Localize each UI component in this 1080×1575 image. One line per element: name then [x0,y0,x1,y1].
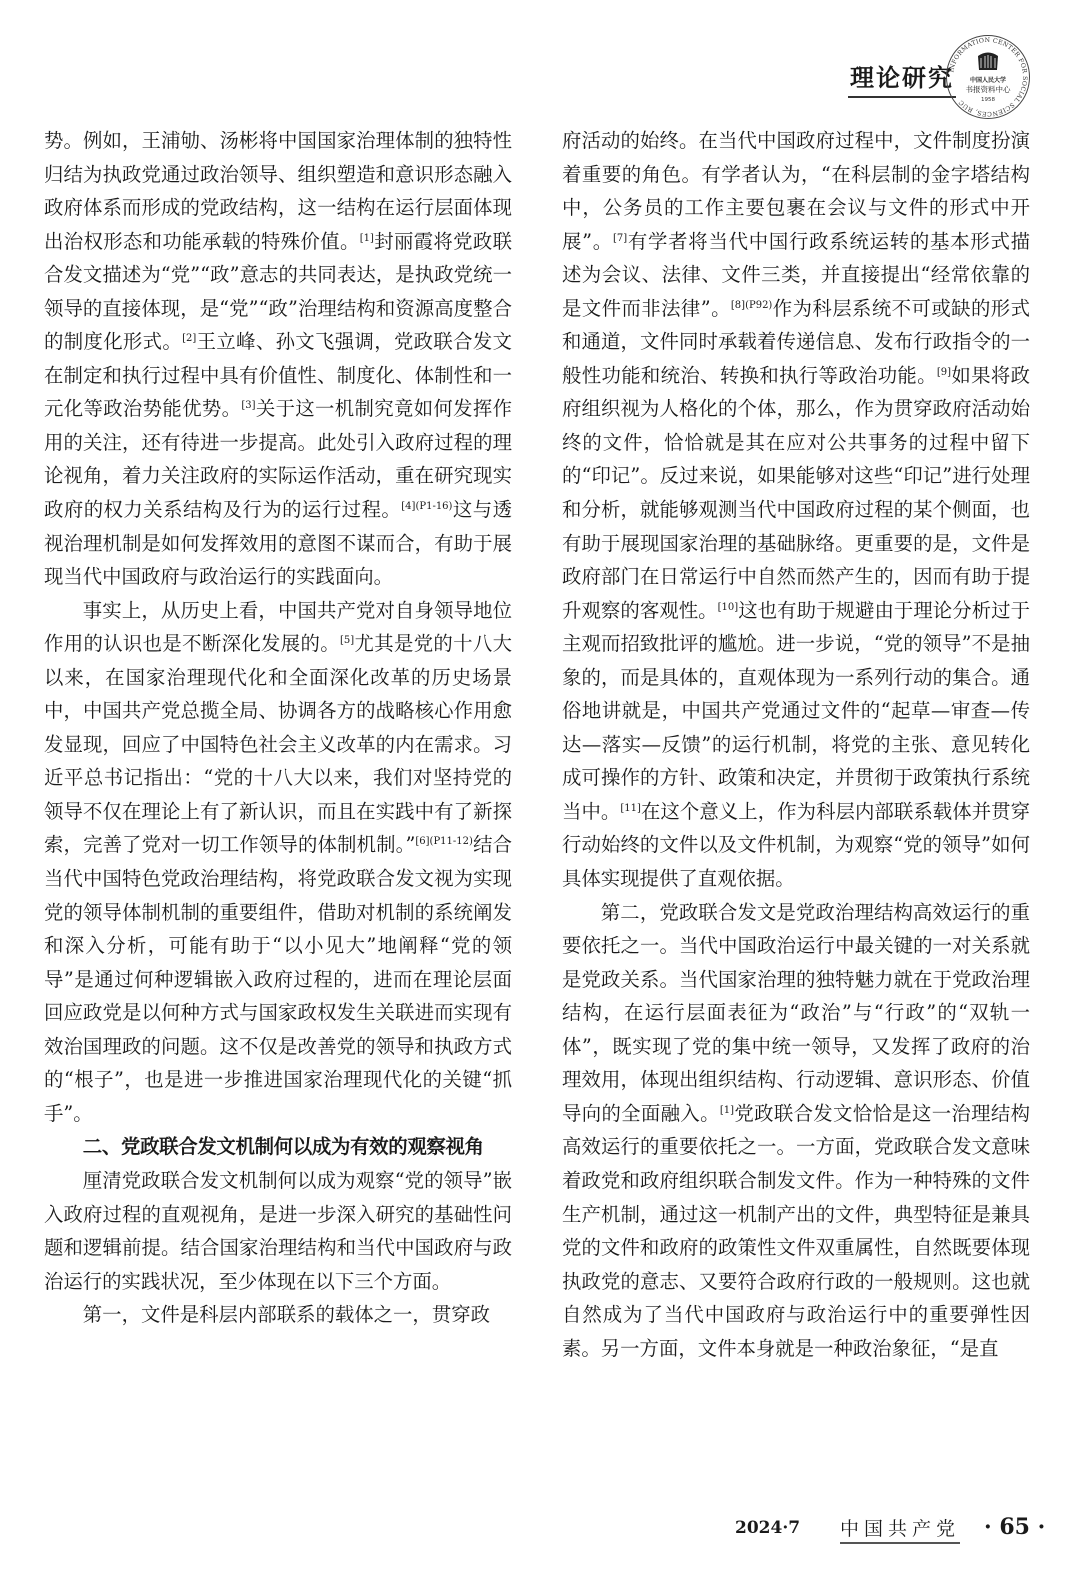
paragraph-text: 尤其是党的十八大以来，在国家治理现代化和全面深化改革的历史场景中，中国共产党总揽… [44,632,512,856]
citation-ref: [5] [340,635,354,646]
paragraph: 厘清党政联合发文机制何以成为观察“党的领导”嵌入政府过程的直观视角，是进一步深入… [44,1164,512,1298]
paragraph-text: 第二，党政联合发文是党政治理结构高效运行的重要依托之一。当代中国政治运行中最关键… [562,901,1030,1125]
seal-name-line1: 中国人民大学 [970,76,1006,84]
citation-ref: [11] [620,803,641,814]
paragraph-text: 如果将政府组织视为人格化的个体，那么，作为贯穿政府活动始终的文件，恰恰就是其在应… [562,364,1030,622]
journal-name: 中国共产党 [840,1514,960,1544]
seal-year: 1958 [981,97,995,103]
paragraph-text: 这也有助于规避由于理论分析过于主观而招致批评的尴尬。进一步说，“党的领导”不是抽… [562,599,1030,823]
paragraph: 府活动的始终。在当代中国政府过程中，文件制度扮演着重要的角色。有学者认为，“在科… [562,124,1030,896]
seal-name-line2: 书报资料中心 [966,84,1011,94]
paragraph: 第二，党政联合发文是党政治理结构高效运行的重要依托之一。当代中国政治运行中最关键… [562,896,1030,1366]
paragraph: 势。例如，王浦劬、汤彬将中国国家治理体制的独特性归结为执政党通过政治领导、组织塑… [44,124,512,594]
citation-ref: [1] [360,233,374,244]
page-number: · 65 · [984,1514,1045,1540]
citation-ref: [9] [937,367,951,378]
citation-ref: [3] [241,400,255,411]
citation-ref: [7] [613,233,627,244]
page-footer: 2024·7 中国共产党 · 65 · [0,1512,1080,1552]
section-heading: 二、党政联合发文机制何以成为有效的观察视角 [44,1130,512,1164]
issue-number: 2024·7 [735,1518,800,1538]
information-center-seal-logo: INFORMATION CENTER FOR SOCIAL SCIENCES, … [945,34,1031,120]
citation-ref: [10] [718,602,739,613]
citation-ref: [4](P1-16) [401,501,452,512]
section-header: 理论研究 [848,58,956,98]
book-emblem-icon [978,53,998,71]
citation-ref: [8](P92) [731,300,772,311]
paragraph-text: 结合当代中国特色党政治理结构，将党政联合发文视为实现党的领导体制机制的重要组件，… [44,833,512,1124]
paragraph-text: 党政联合发文恰恰是这一治理结构高效运行的重要依托之一。一方面，党政联合发文意味着… [562,1102,1030,1360]
left-column: 势。例如，王浦劬、汤彬将中国国家治理体制的独特性归结为执政党通过政治领导、组织塑… [44,124,512,1332]
right-column: 府活动的始终。在当代中国政府过程中，文件制度扮演着重要的角色。有学者认为，“在科… [562,124,1030,1365]
section-label: 理论研究 [848,58,956,98]
citation-ref: [6](P11-12) [415,836,473,847]
citation-ref: [2] [182,333,196,344]
citation-ref: [1] [720,1105,734,1116]
paragraph: 第一，文件是科层内部联系的载体之一，贯穿政 [44,1298,512,1332]
paragraph: 事实上，从历史上看，中国共产党对自身领导地位作用的认识也是不断深化发展的。[5]… [44,594,512,1131]
